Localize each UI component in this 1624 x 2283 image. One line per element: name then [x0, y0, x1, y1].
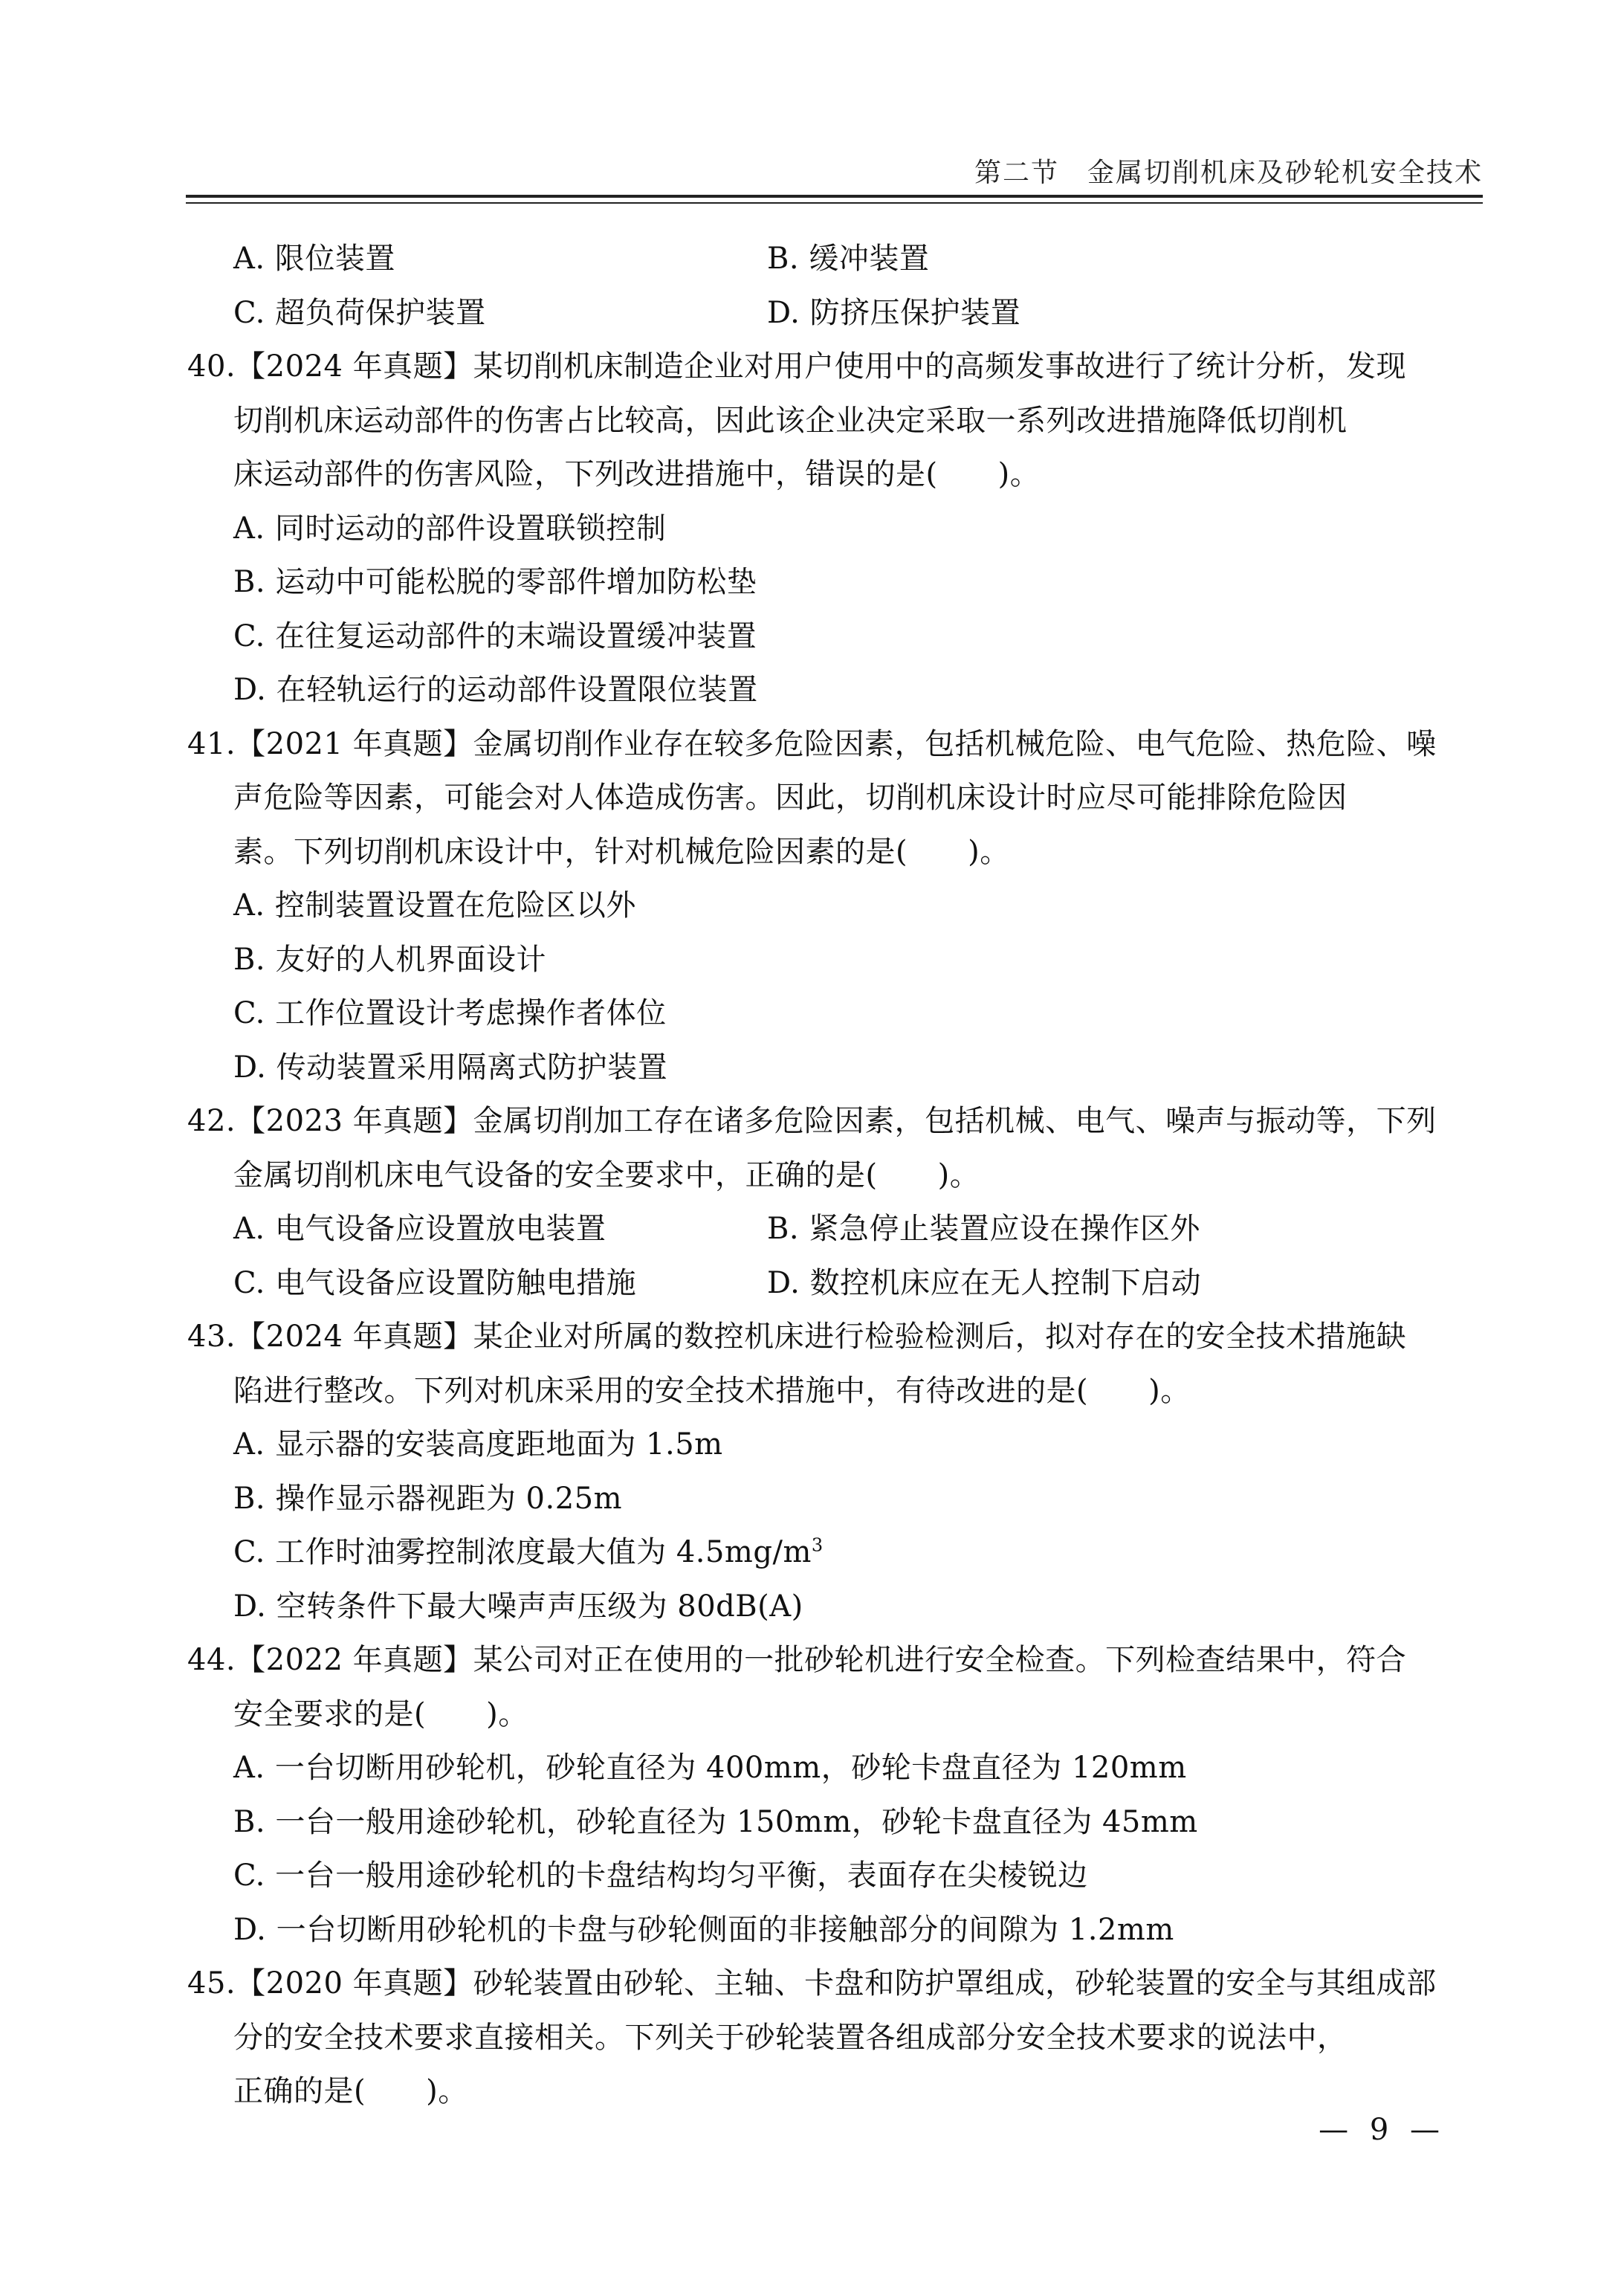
option-b: B. 一台一般用途砂轮机，砂轮直径为 150mm，砂轮卡盘直径为 45mm	[187, 1795, 1484, 1850]
question-number: 45.	[187, 1957, 236, 2011]
question-text: 金属切削加工存在诸多危险因素，包括机械、电气、噪声与振动等，下列	[473, 1104, 1437, 1138]
option-d: D. 数控机床应在无人控制下启动	[767, 1256, 1201, 1311]
page-number: — 9 —	[1319, 2113, 1446, 2147]
option-a: A. 同时运动的部件设置联锁控制	[187, 502, 1484, 556]
question-45: 45.【2020 年真题】砂轮装置由砂轮、主轴、卡盘和防护罩组成，砂轮装置的安全…	[187, 1957, 1484, 2119]
question-stem-line: 45.【2020 年真题】砂轮装置由砂轮、主轴、卡盘和防护罩组成，砂轮装置的安全…	[187, 1957, 1484, 2011]
question-number: 42.	[187, 1094, 236, 1149]
option-b: B. 紧急停止装置应设在操作区外	[767, 1202, 1200, 1256]
option-d: D. 一台切断用砂轮机的卡盘与砂轮侧面的非接触部分的间隙为 1.2mm	[187, 1903, 1484, 1957]
question-text: 某切削机床制造企业对用户使用中的高频发事故进行了统计分析，发现	[473, 349, 1407, 384]
option-c: C. 工作位置设计考虑操作者体位	[187, 986, 1484, 1041]
question-stem-line: 43.【2024 年真题】某企业对所属的数控机床进行检验检测后，拟对存在的安全技…	[187, 1310, 1484, 1364]
exam-year-tag: 【2023 年真题】	[236, 1104, 473, 1138]
option-c: C. 超负荷保护装置	[187, 286, 767, 340]
page-header: 第二节 金属切削机床及砂轮机安全技术	[186, 149, 1483, 201]
question-stem-line: 床运动部件的伤害风险，下列改进措施中，错误的是( )。	[187, 448, 1484, 502]
question-41: 41.【2021 年真题】金属切削作业存在较多危险因素，包括机械危险、电气危险、…	[187, 717, 1484, 1095]
option-a: A. 控制装置设置在危险区以外	[187, 879, 1484, 933]
option-a: A. 显示器的安装高度距地面为 1.5m	[187, 1418, 1484, 1472]
question-stem-line: 正确的是( )。	[187, 2064, 1484, 2119]
question-stem-line: 切削机床运动部件的伤害占比较高，因此该企业决定采取一系列改进措施降低切削机	[187, 394, 1484, 448]
question-text: 砂轮装置由砂轮、主轴、卡盘和防护罩组成，砂轮装置的安全与其组成部	[473, 1966, 1437, 2001]
option-b: B. 友好的人机界面设计	[187, 933, 1484, 987]
header-rule-thin	[186, 202, 1483, 204]
section-title: 第二节 金属切削机床及砂轮机安全技术	[974, 152, 1483, 190]
page-content: A. 限位装置 B. 缓冲装置 C. 超负荷保护装置 D. 防挤压保护装置 40…	[187, 232, 1484, 2119]
exam-year-tag: 【2024 年真题】	[236, 1320, 473, 1354]
question-text: 某公司对正在使用的一批砂轮机进行安全检查。下列检查结果中，符合	[473, 1643, 1407, 1677]
question-stem-line: 素。下列切削机床设计中，针对机械危险因素的是( )。	[187, 825, 1484, 879]
option-a: A. 限位装置	[187, 232, 767, 286]
option-a: A. 一台切断用砂轮机，砂轮直径为 400mm，砂轮卡盘直径为 120mm	[187, 1741, 1484, 1795]
option-c-text: C. 工作时油雾控制浓度最大值为 4.5mg/m	[233, 1535, 812, 1569]
option-row: C. 电气设备应设置防触电措施 D. 数控机床应在无人控制下启动	[187, 1256, 1484, 1311]
question-stem-line: 44.【2022 年真题】某公司对正在使用的一批砂轮机进行安全检查。下列检查结果…	[187, 1633, 1484, 1688]
question-stem-line: 声危险等因素，可能会对人体造成伤害。因此，切削机床设计时应尽可能排除危险因	[187, 771, 1484, 825]
option-d: D. 在轻轨运行的运动部件设置限位装置	[187, 663, 1484, 717]
option-b: B. 缓冲装置	[767, 232, 929, 286]
question-text: 金属切削作业存在较多危险因素，包括机械危险、电气危险、热危险、噪	[473, 727, 1437, 761]
question-stem-line: 42.【2023 年真题】金属切削加工存在诸多危险因素，包括机械、电气、噪声与振…	[187, 1094, 1484, 1149]
question-stem-line: 金属切削机床电气设备的安全要求中，正确的是( )。	[187, 1149, 1484, 1203]
question-stem-line: 41.【2021 年真题】金属切削作业存在较多危险因素，包括机械危险、电气危险、…	[187, 717, 1484, 772]
question-number: 41.	[187, 717, 236, 772]
option-a: A. 电气设备应设置放电装置	[187, 1202, 767, 1256]
option-d: D. 传动装置采用隔离式防护装置	[187, 1041, 1484, 1095]
question-44: 44.【2022 年真题】某公司对正在使用的一批砂轮机进行安全检查。下列检查结果…	[187, 1633, 1484, 1957]
option-d: D. 空转条件下最大噪声声压级为 80dB(A)	[187, 1580, 1484, 1634]
option-row: A. 电气设备应设置放电装置 B. 紧急停止装置应设在操作区外	[187, 1202, 1484, 1256]
option-d: D. 防挤压保护装置	[767, 286, 1020, 340]
option-c: C. 电气设备应设置防触电措施	[187, 1256, 767, 1311]
question-stem-line: 陷进行整改。下列对机床采用的安全技术措施中，有待改进的是( )。	[187, 1364, 1484, 1418]
option-c: C. 一台一般用途砂轮机的卡盘结构均匀平衡，表面存在尖棱锐边	[187, 1849, 1484, 1903]
exam-year-tag: 【2022 年真题】	[236, 1643, 473, 1677]
question-text: 某企业对所属的数控机床进行检验检测后，拟对存在的安全技术措施缺	[473, 1320, 1407, 1354]
option-row: C. 超负荷保护装置 D. 防挤压保护装置	[187, 286, 1484, 340]
question-43: 43.【2024 年真题】某企业对所属的数控机床进行检验检测后，拟对存在的安全技…	[187, 1310, 1484, 1633]
option-b: B. 操作显示器视距为 0.25m	[187, 1472, 1484, 1526]
option-c: C. 在往复运动部件的末端设置缓冲装置	[187, 610, 1484, 664]
question-number: 43.	[187, 1310, 236, 1364]
question-42: 42.【2023 年真题】金属切削加工存在诸多危险因素，包括机械、电气、噪声与振…	[187, 1094, 1484, 1310]
option-c: C. 工作时油雾控制浓度最大值为 4.5mg/m3	[187, 1525, 1484, 1580]
question-stem-line: 40.【2024 年真题】某切削机床制造企业对用户使用中的高频发事故进行了统计分…	[187, 340, 1484, 394]
question-number: 40.	[187, 340, 236, 394]
superscript-cubed: 3	[812, 1535, 824, 1556]
option-row: A. 限位装置 B. 缓冲装置	[187, 232, 1484, 286]
header-rule-thick	[186, 195, 1483, 198]
question-stem-line: 分的安全技术要求直接相关。下列关于砂轮装置各组成部分安全技术要求的说法中，	[187, 2011, 1484, 2065]
exam-year-tag: 【2020 年真题】	[236, 1966, 473, 2001]
option-b: B. 运动中可能松脱的零部件增加防松垫	[187, 555, 1484, 610]
question-number: 44.	[187, 1633, 236, 1688]
exam-year-tag: 【2021 年真题】	[236, 727, 473, 761]
exam-year-tag: 【2024 年真题】	[236, 349, 473, 384]
question-40: 40.【2024 年真题】某切削机床制造企业对用户使用中的高频发事故进行了统计分…	[187, 340, 1484, 717]
question-stem-line: 安全要求的是( )。	[187, 1688, 1484, 1742]
